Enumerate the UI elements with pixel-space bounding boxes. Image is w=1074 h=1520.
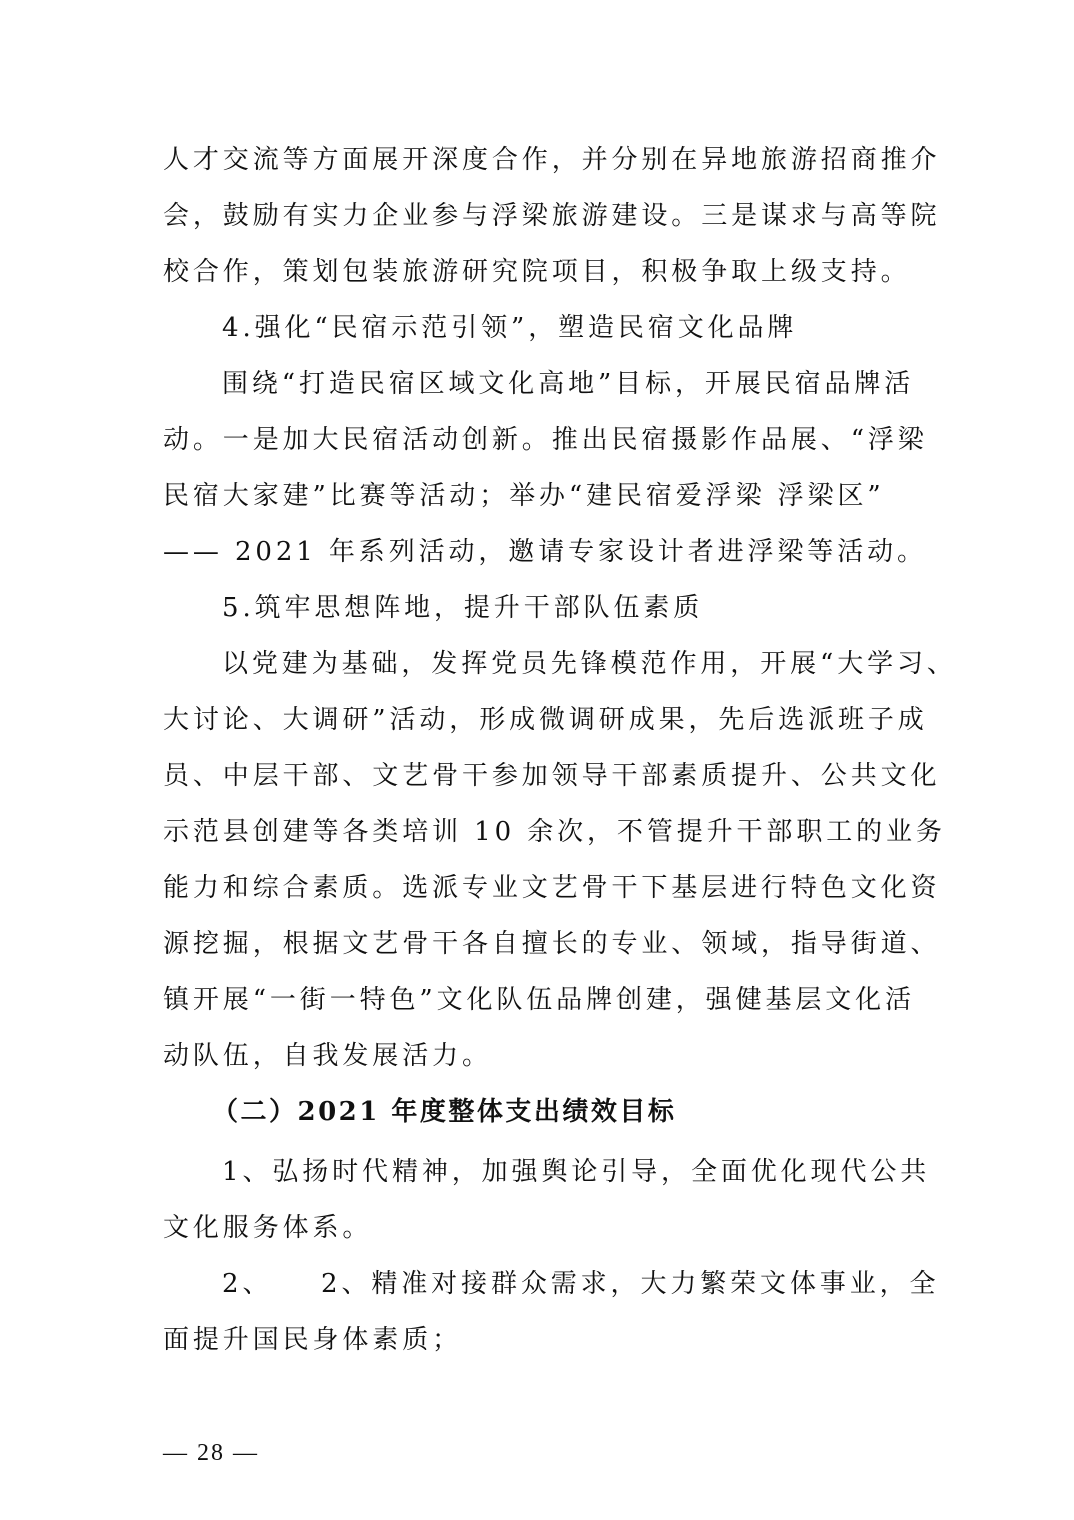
document-page: 人才交流等方面展开深度合作，并分别在异地旅游招商推介 会，鼓励有实力企业参与浮梁… — [0, 0, 1074, 1520]
paragraph-line: —— 2021 年系列活动，邀请专家设计者进浮梁等活动。 — [163, 535, 927, 569]
paragraph-line: 围绕“打造民宿区域文化高地”目标，开展民宿品牌活 — [222, 367, 914, 401]
paragraph-line: 面提升国民身体素质； — [163, 1323, 462, 1357]
paragraph-line: 人才交流等方面展开深度合作，并分别在异地旅游招商推介 — [163, 143, 940, 177]
paragraph-line: 1、弘扬时代精神，加强舆论引导，全面优化现代公共 — [222, 1155, 930, 1189]
paragraph-line: 能力和综合素质。选派专业文艺骨干下基层进行特色文化资 — [163, 871, 940, 905]
paragraph-line: 动队伍，自我发展活力。 — [163, 1039, 492, 1073]
paragraph-line: 员、中层干部、文艺骨干参加领导干部素质提升、公共文化 — [163, 759, 940, 793]
paragraph-line: 源挖掘，根据文艺骨干各自擅长的专业、领域，指导街道、 — [163, 927, 940, 961]
paragraph-line: 2、 2、精准对接群众需求，大力繁荣文体事业，全 — [222, 1267, 939, 1301]
subsection-heading: （二）2021 年度整体支出绩效目标 — [212, 1095, 676, 1129]
paragraph-line: 民宿大家建”比赛等活动；举办“建民宿爱浮梁 浮梁区” — [163, 479, 885, 513]
paragraph-line: 文化服务体系。 — [163, 1211, 372, 1245]
paragraph-line: 会，鼓励有实力企业参与浮梁旅游建设。三是谋求与高等院 — [163, 199, 940, 233]
paragraph-line: 校合作，策划包装旅游研究院项目，积极争取上级支持。 — [163, 255, 911, 289]
section-heading: 4.强化“民宿示范引领”，塑造民宿文化品牌 — [222, 311, 797, 345]
page-number: — 28 — — [163, 1440, 259, 1467]
paragraph-line: 动。一是加大民宿活动创新。推出民宿摄影作品展、“浮梁 — [163, 423, 928, 457]
paragraph-line: 镇开展“一街一特色”文化队伍品牌创建，强健基层文化活 — [163, 983, 915, 1017]
paragraph-line: 示范县创建等各类培训 10 余次，不管提升干部职工的业务 — [163, 815, 946, 849]
paragraph-line: 大讨论、大调研”活动，形成微调研成果，先后选派班子成 — [163, 703, 928, 737]
paragraph-line: 以党建为基础，发挥党员先锋模范作用，开展“大学习、 — [222, 647, 957, 681]
section-heading: 5.筑牢思想阵地，提升干部队伍素质 — [222, 591, 703, 625]
